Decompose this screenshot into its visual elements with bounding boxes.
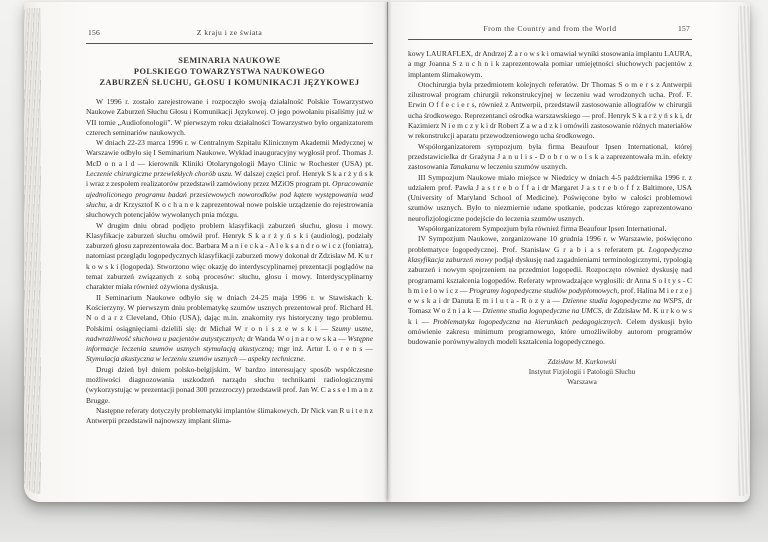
- signature-block: Zdzisław M. Kurkowski Instytut Fizjologi…: [482, 357, 682, 387]
- article-title-line: ZABURZEŃ SŁUCHU, GŁOSU I KOMUNIKACJI JĘZ…: [86, 77, 373, 88]
- paragraph: kowy LAURAFLEX, dr Andrzej Ż a r o w s k…: [408, 49, 692, 80]
- paragraph: W drugim dniu obrad podjęto problem klas…: [86, 221, 373, 293]
- signature-author: Zdzisław M. Kurkowski: [482, 357, 682, 367]
- paragraph: Następne referaty dotyczyły problematyki…: [86, 406, 373, 427]
- running-header-right: From the Country and from the World: [483, 24, 616, 33]
- page-header-left: 156 Z kraju i ze świata: [86, 28, 373, 44]
- page-stack-edge-left: [24, 8, 41, 494]
- article-title-line: SEMINARIA NAUKOWE: [86, 55, 373, 66]
- paragraph: IV Sympozjum Naukowe, zorganizowane 10 g…: [408, 234, 692, 347]
- book-scan: 156 Z kraju i ze świata SEMINARIA NAUKOW…: [0, 0, 768, 542]
- paragraph: W 1996 r. zostało zarejestrowane i rozpo…: [86, 97, 373, 138]
- paragraph: III Sympozjum Naukowe miało miejsce w Ni…: [408, 173, 692, 224]
- page-left: 156 Z kraju i ze świata SEMINARIA NAUKOW…: [86, 28, 373, 478]
- paragraph: II Seminarium Naukowe odbyło się w dniac…: [86, 293, 373, 365]
- page-right: From the Country and from the World 157 …: [408, 24, 692, 484]
- signature-city: Warszawa: [482, 377, 682, 387]
- book-spread: 156 Z kraju i ze świata SEMINARIA NAUKOW…: [24, 2, 750, 502]
- page-number-left: 156: [88, 28, 100, 38]
- paragraph: Współorganizatorem sympozjum była firma …: [408, 142, 692, 173]
- book-gutter: [387, 2, 388, 500]
- article-title-line: POLSKIEGO TOWARZYSTWA NAUKOWEGO: [86, 66, 373, 77]
- paragraph: Drugi dzień był dniem polsko-belgijskim.…: [86, 365, 373, 406]
- paragraph: Otochirurgia była przedmiotem kolejnych …: [408, 80, 692, 142]
- page-header-right: From the Country and from the World 157: [408, 24, 692, 40]
- page-stack-edge-right: [738, 6, 750, 496]
- running-header-left: Z kraju i ze świata: [197, 28, 263, 37]
- paragraph: Współorganizatorem Sympozjum była równie…: [408, 224, 692, 234]
- page-number-right: 157: [678, 24, 690, 34]
- signature-affiliation: Instytut Fizjologii i Patologii Słuchu: [482, 367, 682, 377]
- article-title: SEMINARIA NAUKOWE POLSKIEGO TOWARZYSTWA …: [86, 55, 373, 88]
- paragraph: W dniach 22-23 marca 1996 r. w Centralny…: [86, 138, 373, 220]
